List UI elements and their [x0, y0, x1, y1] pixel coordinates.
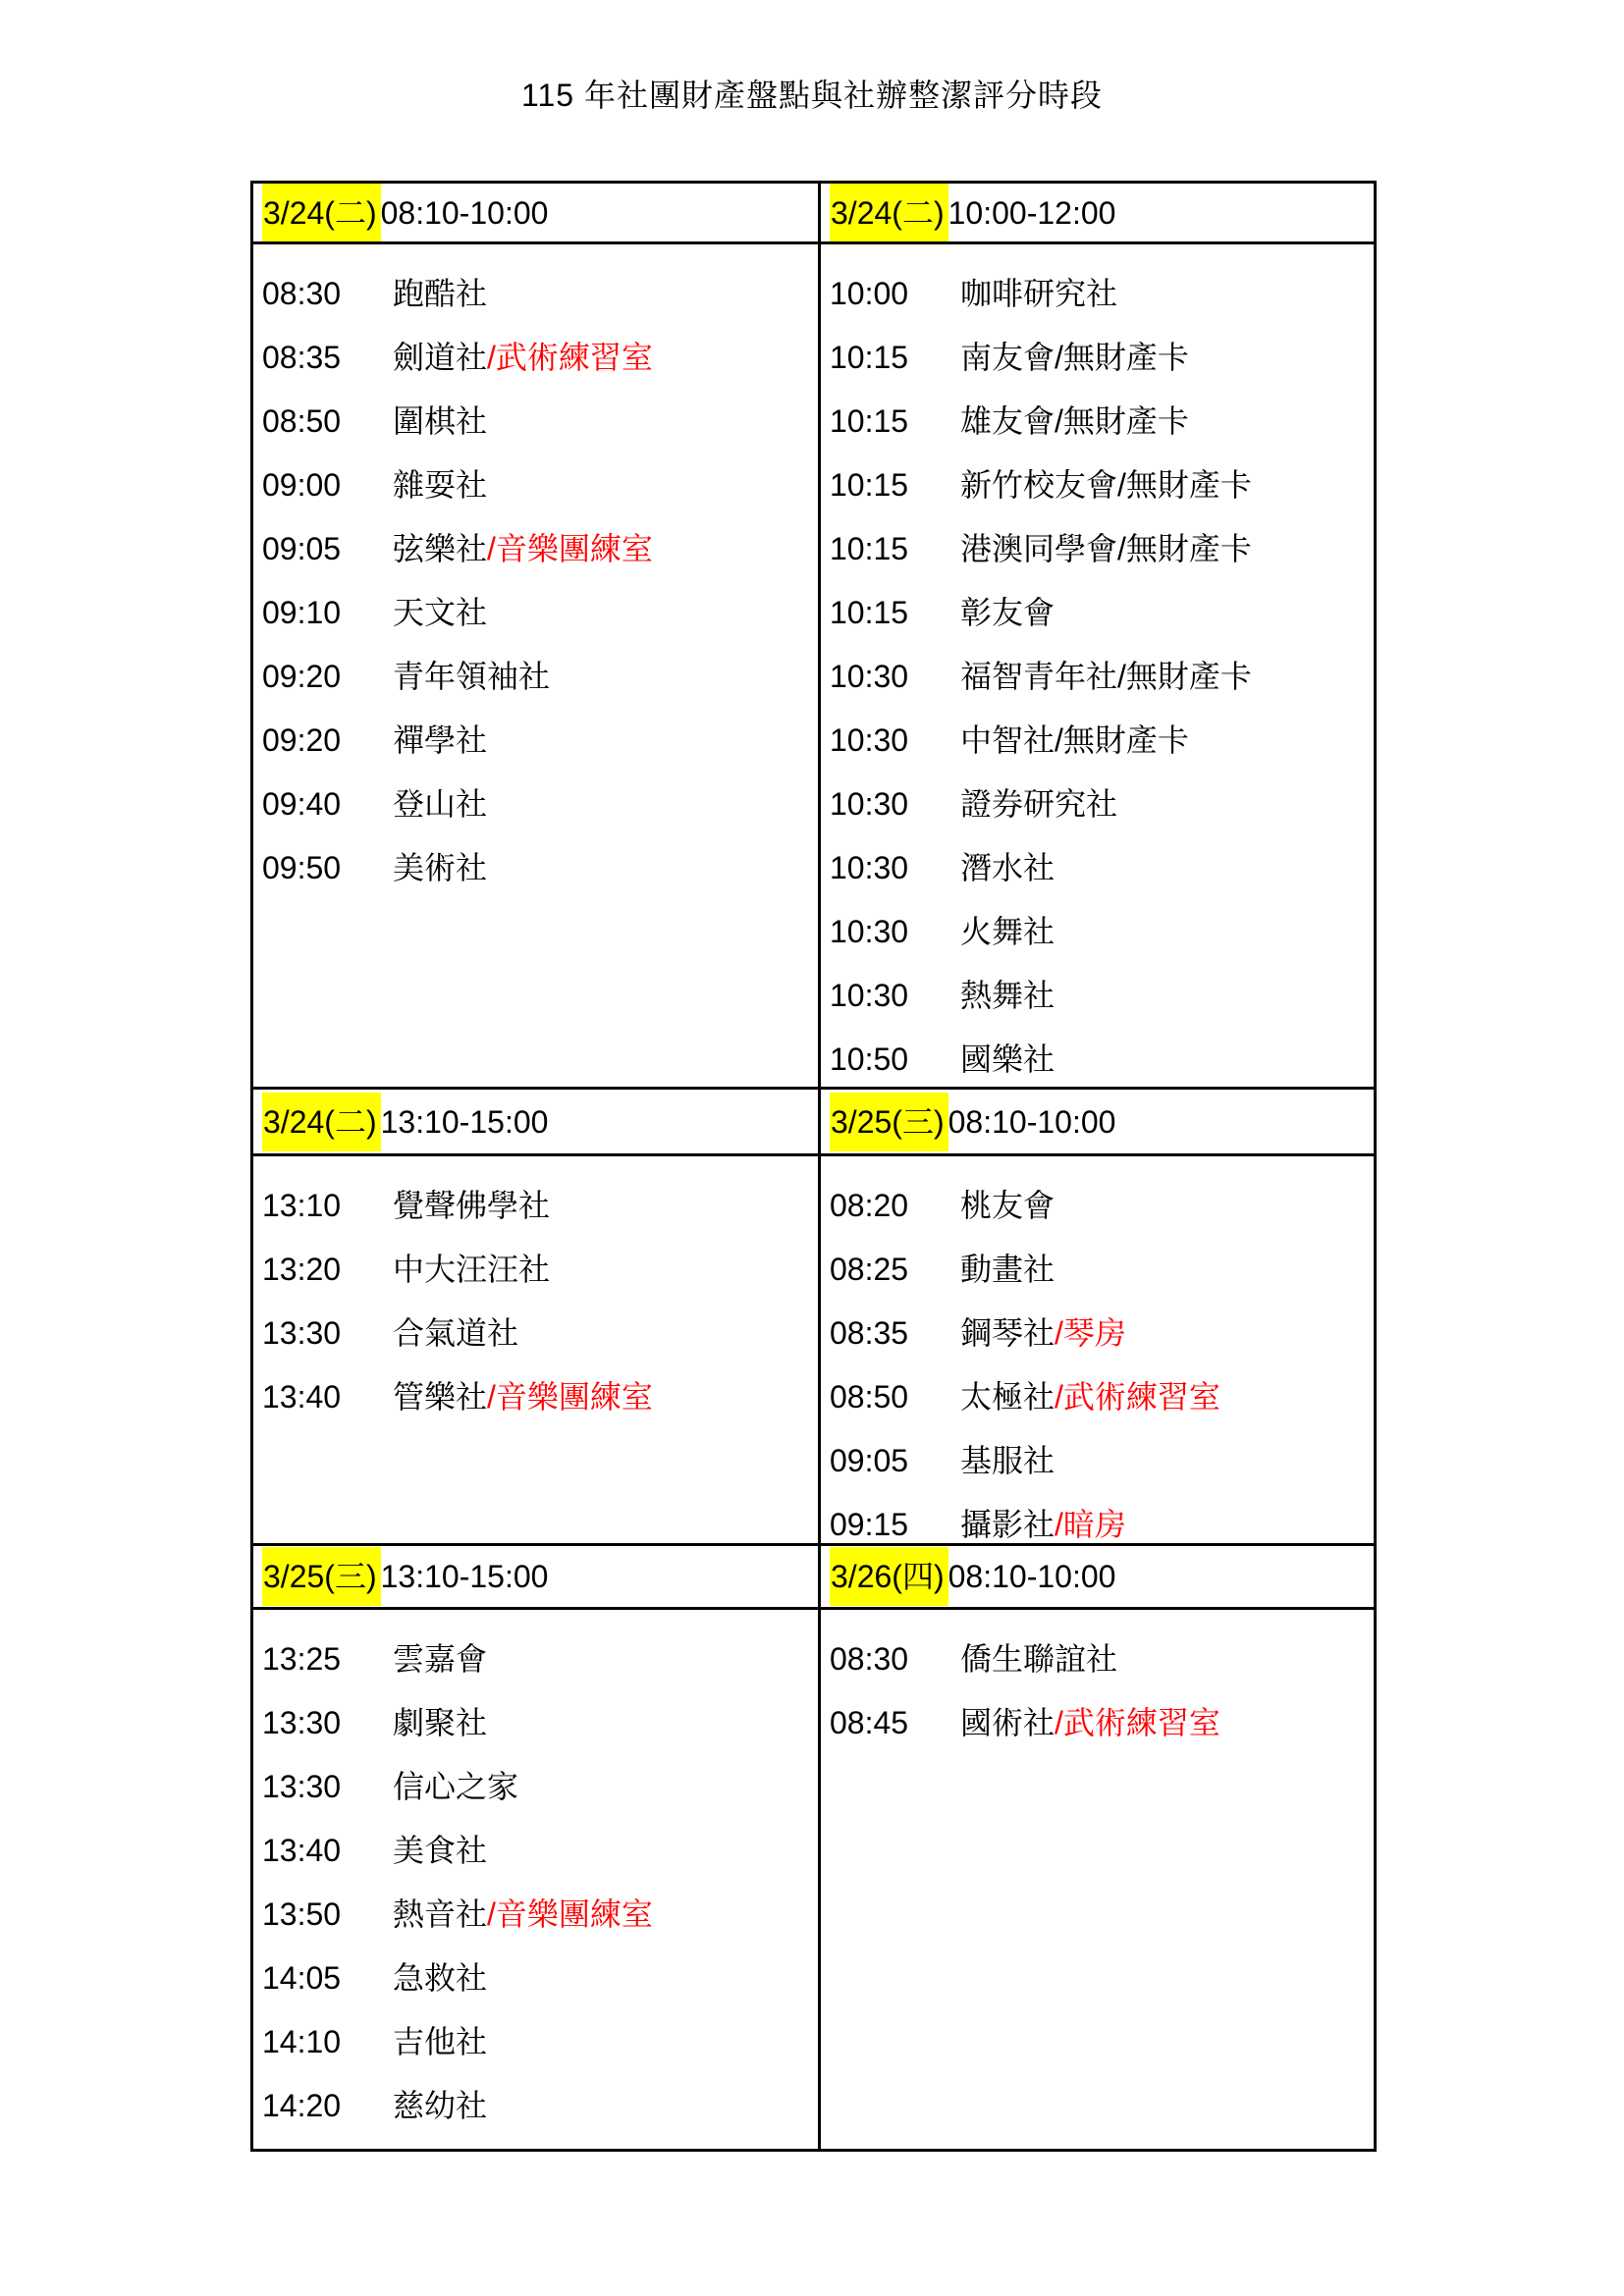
- entry-time: 10:30: [830, 657, 960, 721]
- entry-club: 攝影社: [960, 1505, 1055, 1546]
- schedule-entry: 08:25動畫社: [830, 1250, 1374, 1313]
- entry-time: 10:30: [830, 784, 960, 848]
- entry-location: /武術練習室: [1055, 1377, 1220, 1441]
- section-entries-1-right: 10:00咖啡研究社 10:15南友會/無財產卡 10:15雄友會/無財產卡 1…: [821, 244, 1374, 1090]
- entry-location: /琴房: [1055, 1313, 1126, 1377]
- entry-club: 美食社: [393, 1831, 487, 1895]
- entry-club: 熱音社: [393, 1895, 487, 1958]
- entry-time: 08:30: [830, 1639, 960, 1703]
- date-highlight: 3/26(四): [830, 1547, 948, 1606]
- entry-club: 信心之家: [393, 1767, 518, 1831]
- entry-time: 10:30: [830, 848, 960, 912]
- entry-time: 14:20: [262, 2086, 393, 2149]
- entry-time: 09:05: [262, 529, 393, 593]
- entry-club: 雲嘉會: [393, 1639, 487, 1703]
- schedule-entry: 08:35鋼琴社/琴房: [830, 1313, 1374, 1377]
- entry-time: 08:25: [830, 1250, 960, 1313]
- schedule-entry: 08:30跑酷社: [262, 274, 818, 338]
- schedule-entry: 09:40登山社: [262, 784, 818, 848]
- schedule-entry: 13:50熱音社/音樂團練室: [262, 1895, 818, 1958]
- entry-club: 中智社/無財產卡: [960, 721, 1189, 784]
- schedule-entry: 10:15彰友會: [830, 593, 1374, 657]
- entry-time: 10:15: [830, 338, 960, 401]
- entry-time: 13:30: [262, 1313, 393, 1377]
- date-highlight: 3/24(二): [262, 184, 381, 242]
- entry-time: 14:10: [262, 2022, 393, 2086]
- schedule-entry: 10:15雄友會/無財產卡: [830, 401, 1374, 465]
- entry-club: 動畫社: [960, 1250, 1055, 1313]
- entry-club: 慈幼社: [393, 2086, 487, 2149]
- time-range: 08:10-10:00: [948, 1558, 1116, 1595]
- schedule-entry: 13:40美食社: [262, 1831, 818, 1895]
- schedule-entry: 14:10吉他社: [262, 2022, 818, 2086]
- schedule-entry: 10:30潛水社: [830, 848, 1374, 912]
- section-entries-3-right: 08:30僑生聯誼社 08:45國術社/武術練習室: [821, 1610, 1374, 2149]
- entry-time: 10:30: [830, 912, 960, 976]
- entry-time: 09:20: [262, 657, 393, 721]
- time-range: 10:00-12:00: [948, 194, 1116, 232]
- entry-location: /武術練習室: [1055, 1703, 1220, 1767]
- entry-club: 急救社: [393, 1958, 487, 2022]
- schedule-entry: 10:15港澳同學會/無財產卡: [830, 529, 1374, 593]
- entry-time: 08:20: [830, 1186, 960, 1250]
- entry-location: /音樂團練室: [487, 1895, 653, 1958]
- entry-time: 10:30: [830, 721, 960, 784]
- date-highlight: 3/25(三): [830, 1093, 948, 1151]
- entry-club: 太極社: [960, 1377, 1055, 1441]
- schedule-entry: 09:05弦樂社/音樂團練室: [262, 529, 818, 593]
- schedule-entry: 08:50太極社/武術練習室: [830, 1377, 1374, 1441]
- entry-club: 青年領袖社: [393, 657, 550, 721]
- section-header-1-right: 3/24(二)10:00-12:00: [821, 184, 1374, 244]
- entry-time: 08:50: [830, 1377, 960, 1441]
- entry-club: 登山社: [393, 784, 487, 848]
- entry-club: 新竹校友會/無財產卡: [960, 465, 1252, 529]
- section-header-3-right: 3/26(四)08:10-10:00: [821, 1546, 1374, 1610]
- entry-time: 13:40: [262, 1831, 393, 1895]
- schedule-entry: 13:30合氣道社: [262, 1313, 818, 1377]
- entry-club: 火舞社: [960, 912, 1055, 976]
- entry-club: 吉他社: [393, 2022, 487, 2086]
- section-header-2-left: 3/24(二)13:10-15:00: [253, 1090, 821, 1156]
- time-range: 13:10-15:00: [381, 1558, 549, 1595]
- section-header-2-right: 3/25(三)08:10-10:00: [821, 1090, 1374, 1156]
- schedule-entry: 10:30中智社/無財產卡: [830, 721, 1374, 784]
- entry-time: 08:35: [830, 1313, 960, 1377]
- schedule-entry: 13:25雲嘉會: [262, 1639, 818, 1703]
- entry-club: 僑生聯誼社: [960, 1639, 1117, 1703]
- schedule-table: 3/24(二)08:10-10:00 3/24(二)10:00-12:00 08…: [250, 181, 1377, 2152]
- entry-time: 13:40: [262, 1377, 393, 1441]
- entry-time: 10:15: [830, 401, 960, 465]
- section-entries-1-left: 08:30跑酷社 08:35劍道社/武術練習室 08:50圍棋社 09:00雜耍…: [253, 244, 821, 1090]
- entry-time: 10:15: [830, 593, 960, 657]
- schedule-entry: 09:20禪學社: [262, 721, 818, 784]
- schedule-entry: 10:30證券研究社: [830, 784, 1374, 848]
- section-entries-3-left: 13:25雲嘉會 13:30劇聚社 13:30信心之家 13:40美食社 13:…: [253, 1610, 821, 2149]
- schedule-entry: 14:20慈幼社: [262, 2086, 818, 2149]
- entry-club: 弦樂社: [393, 529, 487, 593]
- schedule-entry: 09:20青年領袖社: [262, 657, 818, 721]
- entry-time: 08:45: [830, 1703, 960, 1767]
- document-page: 115 年社團財產盤點與社辦整潔評分時段 3/24(二)08:10-10:00 …: [0, 0, 1624, 2296]
- time-range: 08:10-10:00: [381, 194, 549, 232]
- entry-club: 跑酷社: [393, 274, 487, 338]
- entry-club: 劇聚社: [393, 1703, 487, 1767]
- entry-time: 13:10: [262, 1186, 393, 1250]
- schedule-entry: 10:30福智青年社/無財產卡: [830, 657, 1374, 721]
- entry-club: 雜耍社: [393, 465, 487, 529]
- entry-time: 10:00: [830, 274, 960, 338]
- schedule-entry: 09:10天文社: [262, 593, 818, 657]
- entry-time: 09:50: [262, 848, 393, 912]
- schedule-entry: 08:50圍棋社: [262, 401, 818, 465]
- date-highlight: 3/24(二): [262, 1093, 381, 1151]
- schedule-entry: 13:10覺聲佛學社: [262, 1186, 818, 1250]
- entry-location: /暗房: [1055, 1505, 1126, 1546]
- entry-time: 13:25: [262, 1639, 393, 1703]
- schedule-entry: 13:40管樂社/音樂團練室: [262, 1377, 818, 1441]
- schedule-entry: 10:30火舞社: [830, 912, 1374, 976]
- entry-time: 10:30: [830, 976, 960, 1040]
- entry-club: 雄友會/無財產卡: [960, 401, 1189, 465]
- entry-time: 08:50: [262, 401, 393, 465]
- date-highlight: 3/24(二): [830, 184, 948, 242]
- entry-time: 13:30: [262, 1767, 393, 1831]
- entry-club: 覺聲佛學社: [393, 1186, 550, 1250]
- entry-time: 10:15: [830, 529, 960, 593]
- entry-location: /武術練習室: [487, 338, 653, 401]
- schedule-entry: 09:00雜耍社: [262, 465, 818, 529]
- entry-time: 08:30: [262, 274, 393, 338]
- schedule-entry: 10:30熱舞社: [830, 976, 1374, 1040]
- entry-club: 基服社: [960, 1441, 1055, 1505]
- entry-time: 09:05: [830, 1441, 960, 1505]
- entry-club: 鋼琴社: [960, 1313, 1055, 1377]
- entry-club: 潛水社: [960, 848, 1055, 912]
- schedule-entry: 09:15攝影社/暗房: [830, 1505, 1374, 1546]
- schedule-entry: 08:45國術社/武術練習室: [830, 1703, 1374, 1767]
- time-range: 13:10-15:00: [381, 1103, 549, 1141]
- entry-time: 10:50: [830, 1040, 960, 1090]
- schedule-entry: 13:30劇聚社: [262, 1703, 818, 1767]
- entry-time: 09:20: [262, 721, 393, 784]
- schedule-entry: 09:05基服社: [830, 1441, 1374, 1505]
- time-range: 08:10-10:00: [948, 1103, 1116, 1141]
- page-title: 115 年社團財產盤點與社辦整潔評分時段: [0, 71, 1624, 116]
- entry-club: 管樂社: [393, 1377, 487, 1441]
- entry-club: 圍棋社: [393, 401, 487, 465]
- entry-club: 福智青年社/無財產卡: [960, 657, 1252, 721]
- entry-club: 咖啡研究社: [960, 274, 1117, 338]
- schedule-entry: 08:35劍道社/武術練習室: [262, 338, 818, 401]
- entry-time: 08:35: [262, 338, 393, 401]
- entry-club: 中大汪汪社: [393, 1250, 550, 1313]
- entry-club: 國樂社: [960, 1040, 1055, 1090]
- entry-club: 劍道社: [393, 338, 487, 401]
- entry-club: 桃友會: [960, 1186, 1055, 1250]
- entry-time: 09:15: [830, 1505, 960, 1546]
- entry-club: 天文社: [393, 593, 487, 657]
- schedule-entry: 13:20中大汪汪社: [262, 1250, 818, 1313]
- entry-club: 熱舞社: [960, 976, 1055, 1040]
- entry-time: 13:20: [262, 1250, 393, 1313]
- entry-time: 13:50: [262, 1895, 393, 1958]
- entry-time: 09:10: [262, 593, 393, 657]
- entry-location: /音樂團練室: [487, 529, 653, 593]
- entry-club: 港澳同學會/無財產卡: [960, 529, 1252, 593]
- schedule-entry: 10:50國樂社: [830, 1040, 1374, 1090]
- schedule-entry: 13:30信心之家: [262, 1767, 818, 1831]
- entry-location: /音樂團練室: [487, 1377, 653, 1441]
- entry-time: 10:15: [830, 465, 960, 529]
- schedule-entry: 10:00咖啡研究社: [830, 274, 1374, 338]
- schedule-entry: 10:15新竹校友會/無財產卡: [830, 465, 1374, 529]
- schedule-entry: 10:15南友會/無財產卡: [830, 338, 1374, 401]
- schedule-entry: 08:20桃友會: [830, 1186, 1374, 1250]
- date-highlight: 3/25(三): [262, 1547, 381, 1606]
- section-entries-2-right: 08:20桃友會 08:25動畫社 08:35鋼琴社/琴房 08:50太極社/武…: [821, 1156, 1374, 1546]
- schedule-entry: 14:05急救社: [262, 1958, 818, 2022]
- entry-club: 南友會/無財產卡: [960, 338, 1189, 401]
- entry-club: 美術社: [393, 848, 487, 912]
- schedule-entry: 08:30僑生聯誼社: [830, 1639, 1374, 1703]
- section-header-3-left: 3/25(三)13:10-15:00: [253, 1546, 821, 1610]
- schedule-entry: 09:50美術社: [262, 848, 818, 912]
- entry-club: 彰友會: [960, 593, 1055, 657]
- entry-time: 09:40: [262, 784, 393, 848]
- section-entries-2-left: 13:10覺聲佛學社 13:20中大汪汪社 13:30合氣道社 13:40管樂社…: [253, 1156, 821, 1546]
- entry-time: 09:00: [262, 465, 393, 529]
- entry-time: 14:05: [262, 1958, 393, 2022]
- entry-club: 禪學社: [393, 721, 487, 784]
- entry-club: 證券研究社: [960, 784, 1117, 848]
- entry-club: 合氣道社: [393, 1313, 518, 1377]
- entry-club: 國術社: [960, 1703, 1055, 1767]
- entry-time: 13:30: [262, 1703, 393, 1767]
- section-header-1-left: 3/24(二)08:10-10:00: [253, 184, 821, 244]
